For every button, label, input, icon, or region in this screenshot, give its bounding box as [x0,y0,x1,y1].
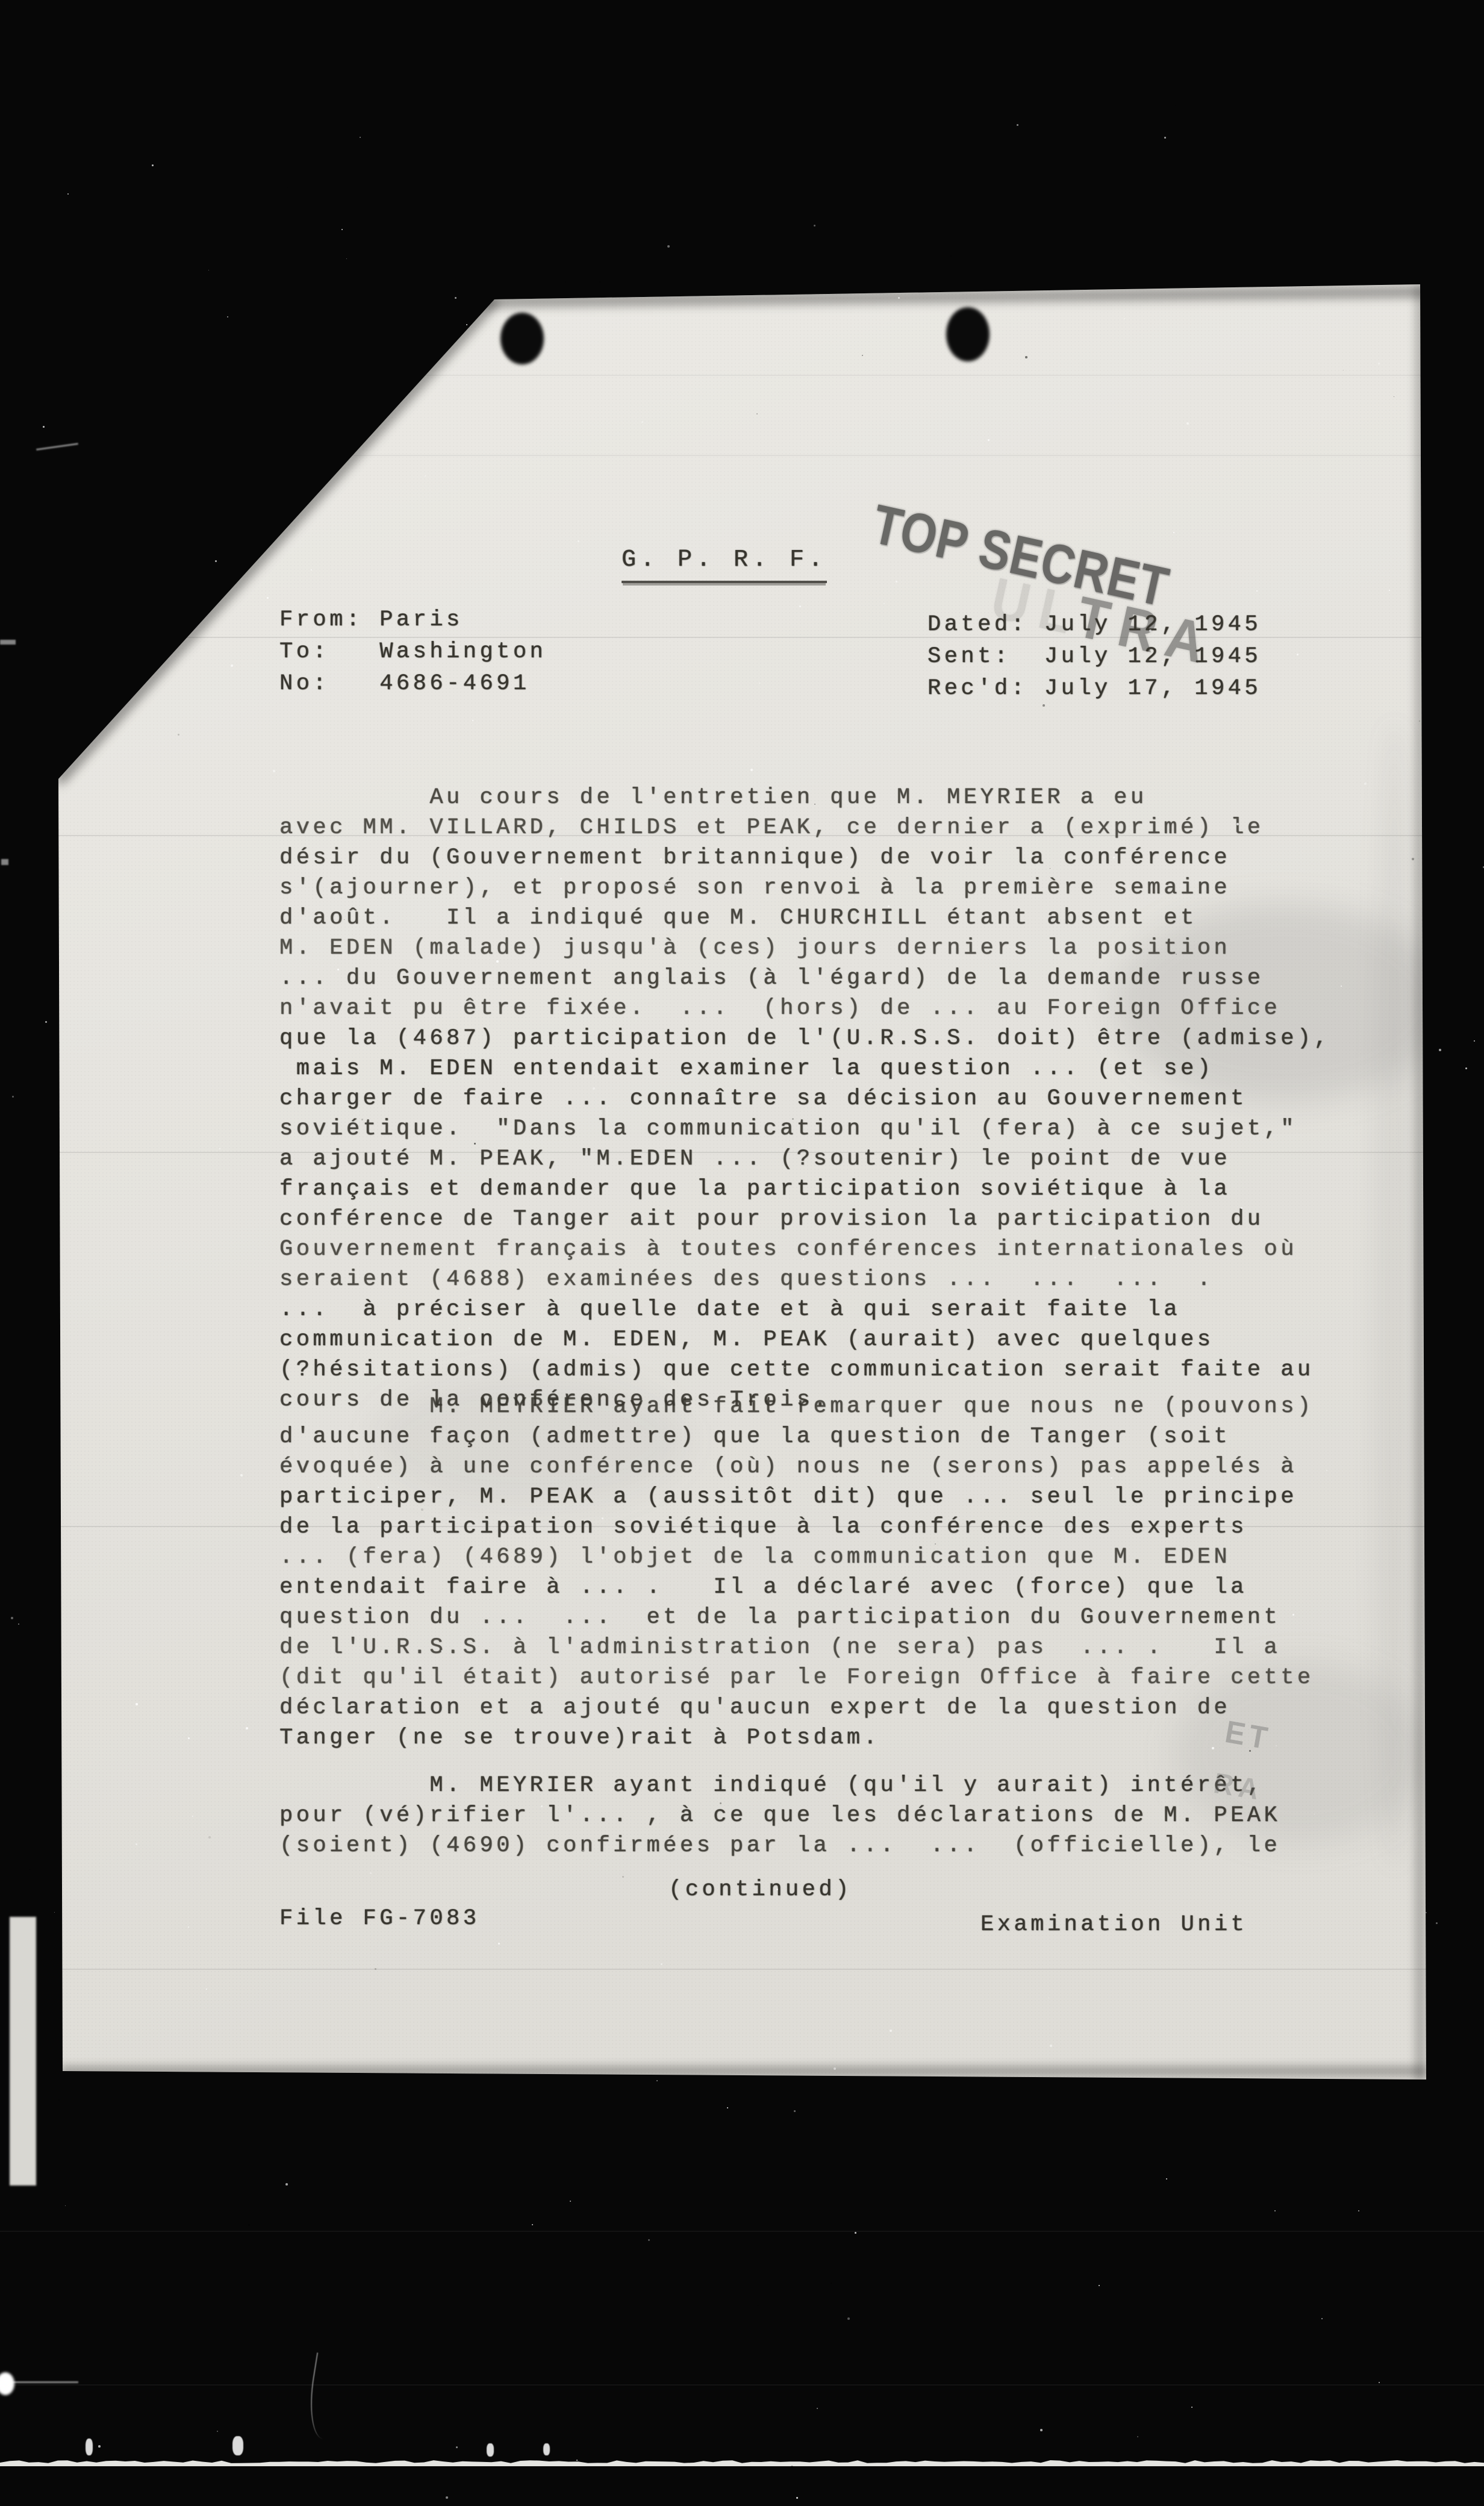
punch-hole-right [946,307,990,361]
document-title: G. P. R. F. [622,545,827,583]
dust-speck [341,229,343,230]
dust-speck [11,1617,13,1619]
dust-speck [1439,1049,1441,1051]
typed-line: (?hésitations) (admis) que cette communi… [279,1355,1330,1385]
dust-speck [570,2201,571,2202]
typed-line: ... à préciser à quelle date et à qui se… [279,1295,1330,1325]
dust-speck [1256,590,1258,592]
dust-speck [1241,1207,1242,1209]
dust-speck [1419,720,1420,722]
punch-hole-left [500,313,544,364]
routing-header: From: ParisTo: WashingtonNo: 4686-4691 [279,604,546,700]
dust-speck [1436,1922,1438,1924]
header-row: No: 4686-4691 [279,668,546,700]
dust-speck [273,770,275,772]
dust-speck [890,2029,892,2032]
typed-line: charger de faire ... connaître sa décisi… [279,1084,1330,1114]
dust-speck [988,439,990,441]
dust-speck [215,560,217,562]
typed-line: soviétique. "Dans la communication qu'il… [279,1114,1330,1144]
dust-speck [648,2239,650,2241]
dust-speck [1027,1068,1029,1069]
film-frame-mark [86,2439,93,2455]
typed-line: que la (4687) participation de l'(U.R.S.… [279,1023,1330,1054]
dust-speck [1025,356,1027,358]
dust-speck [935,1543,936,1545]
dust-speck [285,2183,288,2186]
dust-speck [888,905,890,907]
dust-speck [450,1616,452,1618]
film-frame-mark [543,2443,550,2455]
typed-line: Au cours de l'entretien que M. MEYRIER a… [279,783,1330,813]
dust-speck [855,2232,856,2234]
dust-speck [1175,105,1176,106]
dust-speck [58,2099,60,2101]
typed-line: M. MEYRIER ayant fait remarquer que nous… [279,1392,1314,1422]
paper-scan-line [0,1969,1484,1970]
typed-line: (soient) (4690) confirmées par la ... ..… [279,1831,1280,1861]
dust-speck [217,2431,218,2432]
dust-speck [1474,1040,1475,1042]
typed-line: d'août. Il a indiqué que M. CHURCHILL ét… [279,903,1330,933]
continued-note: (continued) [669,1875,852,1905]
page-right-edge-shadow [1417,284,1424,2083]
dust-speck [1474,2387,1474,2388]
dust-speck [287,187,288,188]
dust-speck [1426,1912,1427,1913]
dust-speck [346,258,347,259]
dust-speck [165,2469,166,2470]
dust-speck [1379,2382,1380,2383]
dust-speck [472,720,473,721]
paper-scan-line [0,455,1484,456]
dust-speck [834,2067,836,2070]
dust-speck [498,1943,500,1945]
dust-speck [720,1802,722,1804]
dust-speck [469,1328,470,1329]
dust-speck [602,1517,603,1519]
dust-speck [791,2466,793,2468]
header-row: Sent: July 12, 1945 [927,641,1261,673]
typed-line: ... (fera) (4689) l'objet de la communic… [279,1542,1314,1572]
dust-speck [1480,736,1480,736]
film-scan-line [0,182,1484,183]
typed-line: avec MM. VILLARD, CHILDS et PEAK, ce der… [279,813,1330,843]
dust-speck [1212,1747,1214,1749]
dust-speck [593,1087,595,1090]
document-page: TOP SECRET ULTRA G. P. R. F. From: Paris… [0,0,1484,2506]
dust-speck [208,270,209,270]
date-header: Dated: July 12, 1945Sent: July 12, 1945R… [927,609,1261,705]
header-row: Rec'd: July 17, 1945 [927,673,1261,705]
dust-speck [1164,137,1166,139]
dust-speck [1297,654,1298,655]
dust-speck [847,2317,850,2320]
film-edge-dash [0,2381,78,2383]
body-paragraph-3: M. MEYRIER ayant indiqué (qu'il y aurait… [279,1770,1280,1861]
dust-speck [667,245,670,248]
dust-speck [206,2371,207,2372]
paper-smudge [1373,723,1415,1867]
typed-line: désir du (Gouvernement britannique) de v… [279,843,1330,873]
typed-line: d'aucune façon (admettre) que la questio… [279,1422,1314,1452]
dust-speck [231,664,233,667]
dust-speck [370,1872,372,1874]
film-edge-artifact [10,1917,36,2186]
examination-unit-label: Examination Unit [980,1910,1247,1940]
typed-line: pour (vé)rifier l'... , à ce que les déc… [279,1801,1280,1831]
dust-speck [178,734,179,736]
film-frame-mark [232,2436,243,2455]
dust-speck [1321,2318,1323,2319]
dust-speck [1099,2285,1100,2286]
dust-speck [208,1836,211,1839]
dust-speck [656,2080,658,2081]
film-edge-blob [0,2372,14,2395]
typed-line: conférence de Tanger ait pour provision … [279,1204,1330,1234]
typed-line: (dit qu'il était) autorisé par le Foreig… [279,1663,1314,1693]
header-row: To: Washington [279,636,546,668]
typed-line: question du ... ... et de la participati… [279,1602,1314,1633]
dust-speck [18,1623,19,1625]
dust-speck [98,2445,101,2448]
dust-speck [1276,1745,1277,1746]
dust-speck [814,225,815,227]
dust-speck [1033,1783,1035,1784]
dust-speck [727,2107,728,2108]
typed-line: ... du Gouvernement anglais (à l'égard) … [279,963,1330,993]
dust-speck [375,1968,376,1970]
dust-speck [1274,2210,1276,2211]
dust-speck [1137,2436,1138,2437]
dust-speck [750,769,753,771]
typed-line: n'avait pu être fixée. ... (hors) de ...… [279,993,1330,1023]
typed-line: Gouvernement français à toutes conférenc… [279,1234,1330,1264]
dust-speck [1043,704,1045,707]
typed-line: français et demander que la participatio… [279,1174,1330,1204]
dust-speck [862,355,863,356]
film-scratch [304,2352,344,2440]
dust-speck [532,2224,533,2225]
typed-line: a ajouté M. PEAK, "M.EDEN ... (?soutenir… [279,1144,1330,1174]
dust-speck [425,475,426,477]
film-edge-dash [1,859,8,865]
dust-speck [240,1474,243,1476]
dust-speck [757,2305,759,2307]
dust-speck [466,324,467,325]
dust-speck [219,1148,220,1149]
dust-speck [846,857,848,858]
dust-speck [665,884,667,886]
dust-speck [565,281,566,283]
typed-line: communication de M. EDEN, M. PEAK (aurai… [279,1325,1330,1355]
dust-speck [1050,2045,1052,2047]
dust-speck [1236,823,1239,825]
dust-speck [814,804,815,805]
dust-speck [794,2110,796,2112]
dust-speck [152,164,154,166]
dust-speck [192,1816,193,1817]
dust-speck [360,137,361,138]
film-strip-edge [0,2460,1484,2466]
film-scan-line [0,2384,1484,2386]
dust-speck [1465,1067,1467,1069]
typed-line: M. EDEN (malade) jusqu'à (ces) jours der… [279,933,1330,963]
dust-speck [1191,2407,1192,2408]
typed-line: entendait faire à ... . Il a déclaré ave… [279,1572,1314,1602]
typed-line: déclaration et a ajouté qu'aucun expert … [279,1693,1314,1723]
dust-speck [421,1508,423,1511]
dust-speck [45,1021,47,1023]
dust-speck [1194,1158,1196,1161]
dust-speck [1173,532,1174,533]
dust-speck [65,2205,66,2206]
dust-speck [67,193,69,195]
dust-speck [1040,2429,1043,2431]
dust-speck [1095,1223,1097,1225]
header-row: From: Paris [279,604,546,636]
dust-speck [1378,363,1380,364]
typed-line: Tanger (ne se trouve)rait à Potsdam. [279,1723,1314,1753]
dust-speck [1017,124,1018,126]
typed-line: de la participation soviétique à la conf… [279,1512,1314,1542]
dust-speck [1364,783,1367,785]
dust-speck [898,297,900,299]
film-edge-dash [36,443,78,451]
dust-speck [832,1078,833,1079]
paper-scan-line [0,637,1484,638]
dust-speck [1111,1477,1112,1479]
dust-speck [1186,422,1189,425]
paper-scan-line [0,375,1484,376]
dust-speck [803,1258,804,1260]
dust-speck [136,1703,138,1705]
dust-speck [831,2283,832,2284]
film-frame-mark [487,2443,494,2457]
film-scan-line [0,2231,1484,2232]
typed-line: seraient (4688) examinées des questions … [279,1264,1330,1295]
dust-speck [792,1118,794,1120]
ghost-stamp-fragment-et: ET [1223,1714,1274,1757]
dust-speck [54,1912,55,1913]
dust-speck [227,316,228,317]
dust-speck [12,1096,14,1098]
dust-speck [817,2408,818,2409]
dust-speck [446,2496,448,2499]
dust-speck [1358,2210,1359,2211]
dust-speck [1291,1377,1292,1378]
dust-speck [246,1727,248,1730]
dust-speck [43,426,45,428]
dust-speck [1166,2178,1167,2179]
dust-speck [29,1869,31,1870]
dust-speck [248,2224,250,2226]
page-bottom-edge-shadow [60,2067,1427,2075]
dust-speck [455,297,457,299]
dust-speck [1412,858,1414,860]
typed-line: participer, M. PEAK a (aussitôt dit) que… [279,1482,1314,1512]
dust-speck [950,255,952,257]
file-number: File FG-7083 [279,1904,479,1934]
body-paragraph-1: Au cours de l'entretien que M. MEYRIER a… [279,783,1330,1415]
dust-speck [738,860,740,863]
header-row: Dated: July 12, 1945 [927,609,1261,641]
typed-line: mais M. EDEN entendait examiner la quest… [279,1054,1330,1084]
dust-speck [456,2446,458,2448]
dust-speck [496,960,499,963]
film-edge-dash [0,640,16,645]
dust-speck [437,1566,438,1567]
typed-line: de l'U.R.S.S. à l'administration (ne ser… [279,1633,1314,1663]
dust-speck [796,2497,798,2499]
dust-speck [1149,630,1152,632]
dust-speck [599,281,601,283]
typed-line: évoquée) à une conférence (où) nous ne (… [279,1452,1314,1482]
scanned-document-canvas: TOP SECRET ULTRA G. P. R. F. From: Paris… [0,0,1484,2506]
dust-speck [541,1805,543,1807]
dust-speck [896,581,897,583]
typed-line: s'(ajourner), et proposé son renvoi à la… [279,873,1330,903]
body-paragraph-2: M. MEYRIER ayant fait remarquer que nous… [279,1392,1314,1753]
typed-line: M. MEYRIER ayant indiqué (qu'il y aurait… [279,1770,1280,1801]
dust-speck [576,2460,578,2461]
